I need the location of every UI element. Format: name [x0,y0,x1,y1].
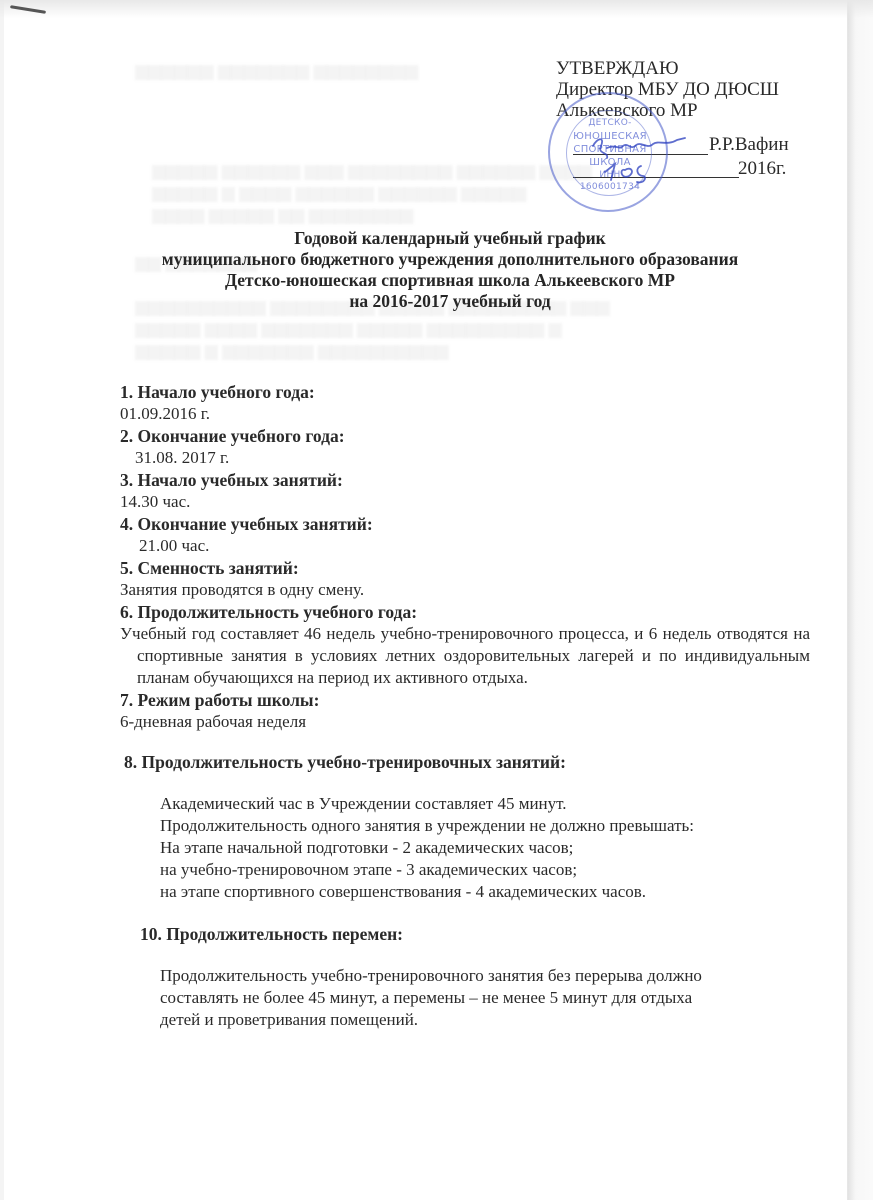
section-line: на этапе спортивного совершенствования -… [120,881,810,903]
section-value: 01.09.2016 г. [120,403,810,425]
section-heading: 4. Окончание учебных занятий: [120,513,810,535]
document-body: 1. Начало учебного года: 01.09.2016 г. 2… [120,381,810,1031]
title-line: Детско-юношеская спортивная школа Алькее… [100,270,800,291]
section-paragraph: Учебный год составляет 46 недель учебно-… [120,623,810,689]
handwritten-signature [585,128,695,188]
section-value: Занятия проводятся в одну смену. [120,579,810,601]
title-line: Годовой календарный учебный график [100,228,800,249]
show-through-text: ▆▆▆▆▆ ▆ ▆▆▆▆▆▆▆ ▆▆▆▆▆▆▆▆▆▆ [135,340,448,362]
section-heading: 5. Сменность занятий: [120,557,810,579]
show-through-text: ▆▆▆▆ ▆▆▆▆▆ ▆▆ ▆▆▆▆▆▆▆▆ [152,204,413,226]
section-line: Академический час в Учреждении составляе… [120,793,810,815]
section-line: составлять не более 45 минут, а перемены… [120,987,810,1009]
section-value: 6-дневная рабочая неделя [120,711,810,733]
section-line: детей и проветривания помещений. [120,1009,810,1031]
section-line: на учебно-тренировочном этапе - 3 академ… [120,859,810,881]
section-heading: 3. Начало учебных занятий: [120,469,810,491]
title-line: на 2016-2017 учебный год [100,291,800,312]
section-line: Продолжительность одного занятия в учреж… [120,815,810,837]
approval-date: 2016г. [738,158,786,179]
document-title: Годовой календарный учебный график муниц… [100,228,800,312]
section-line: Продолжительность учебно-тренировочного … [120,965,810,987]
scan-top-shadow [0,0,873,18]
show-through-text: ▆▆▆▆▆ ▆▆▆▆ ▆▆▆▆▆▆▆ ▆▆▆▆▆ ▆▆▆▆▆▆▆▆▆ ▆ [135,318,562,340]
section-value: 21.00 час. [120,535,810,557]
section-heading: 7. Режим работы школы: [120,689,810,711]
approval-heading: УТВЕРЖДАЮ [556,58,779,79]
scan-edge [848,0,873,1200]
section-heading: 1. Начало учебного года: [120,381,810,403]
section-value: 31.08. 2017 г. [120,447,810,469]
section-heading: 2. Окончание учебного года: [120,425,810,447]
section-heading: 8. Продолжительность учебно-тренировочны… [120,751,810,773]
section-value: 14.30 час. [120,491,810,513]
show-through-text: ▆▆▆▆▆ ▆▆▆▆▆▆ ▆▆▆ ▆▆▆▆▆▆▆▆ ▆▆▆▆▆▆ ▆▆▆▆ [152,160,592,182]
approval-signer-name: Р.Р.Вафин [709,134,789,155]
section-line: На этапе начальной подготовки - 2 академ… [120,837,810,859]
section-heading: 10. Продолжительность перемен: [120,923,810,945]
section-heading: 6. Продолжительность учебного года: [120,601,810,623]
title-line: муниципального бюджетного учреждения доп… [100,249,800,270]
show-through-text: ▆▆▆▆▆ ▆ ▆▆▆▆ ▆▆▆▆▆▆ ▆▆▆▆▆▆ ▆▆▆▆▆ [152,182,526,204]
show-through-text: ▆▆▆▆▆▆ ▆▆▆▆▆▆▆ ▆▆▆▆▆▆▆▆ [135,60,418,82]
